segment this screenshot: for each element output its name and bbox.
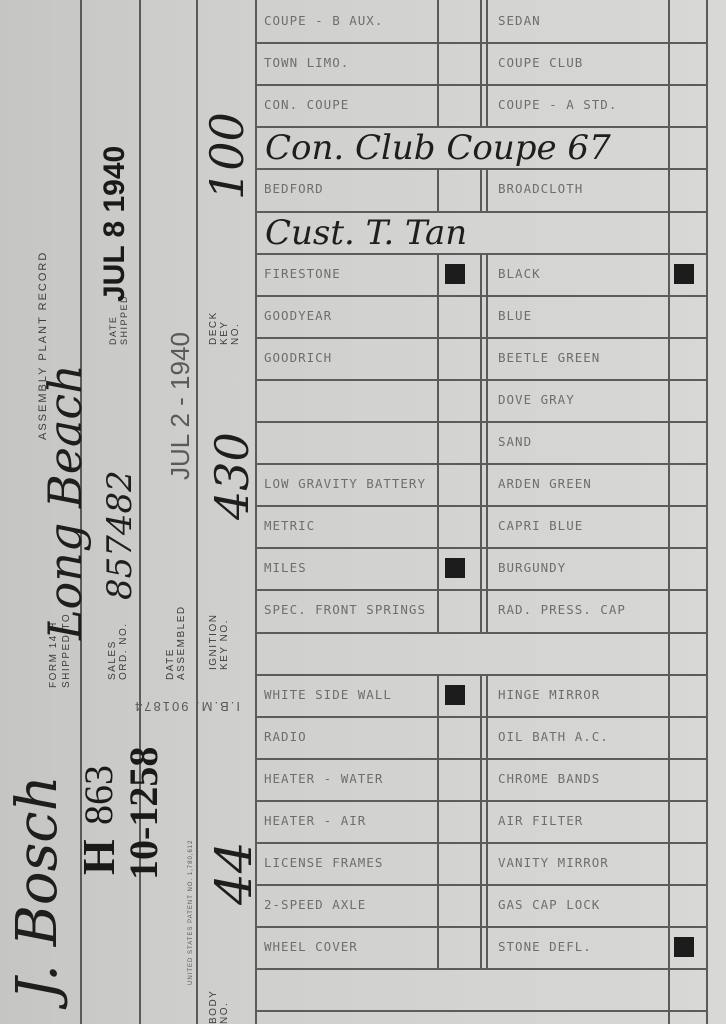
option-right-label: COUPE CLUB: [498, 55, 583, 70]
table-rule: [486, 337, 488, 379]
table-rule: [486, 589, 488, 632]
option-right-label: SAND: [498, 434, 532, 449]
table-rule: [437, 842, 439, 884]
serial-bottom: 10-1258: [120, 747, 167, 880]
table-rule: [437, 168, 439, 211]
ignition-key-value: 430: [205, 432, 259, 520]
handwritten-entry: Con. Club Coupe 67: [265, 126, 611, 170]
option-right-label: COUPE - A STD.: [498, 97, 617, 112]
table-rule: [480, 842, 482, 884]
table-rule: [480, 926, 482, 968]
option-right-label: BLUE: [498, 308, 532, 323]
table-rule: [486, 926, 488, 968]
option-right-label: VANITY MIRROR: [498, 855, 609, 870]
table-rule: [486, 800, 488, 842]
table-rule: [256, 632, 706, 634]
option-left-label: RADIO: [264, 729, 307, 744]
option-right-label: AIR FILTER: [498, 813, 583, 828]
table-rule: [480, 168, 482, 211]
table-rule: [256, 968, 706, 970]
option-right-label: SEDAN: [498, 13, 541, 28]
serial-top: 863: [75, 765, 122, 825]
table-rule: [486, 842, 488, 884]
option-left-label: COUPE - B AUX.: [264, 13, 383, 28]
table-rule: [706, 0, 708, 1024]
option-left-label: HEATER - AIR: [264, 813, 366, 828]
table-rule: [480, 253, 482, 295]
table-rule: [480, 84, 482, 126]
date-shipped-value: JUL 8 1940: [98, 146, 132, 302]
option-right-label: BROADCLOTH: [498, 181, 583, 196]
table-rule: [437, 758, 439, 800]
option-left-label: FIRESTONE: [264, 266, 341, 281]
option-right-label: OIL BATH A.C.: [498, 729, 609, 744]
table-rule: [480, 589, 482, 632]
table-rule: [480, 463, 482, 505]
patent-note: UNITED STATES PATENT NO. 1,780,612: [186, 840, 197, 985]
table-rule: [480, 42, 482, 84]
option-right-label: HINGE MIRROR: [498, 687, 600, 702]
table-rule: [480, 674, 482, 716]
table-rule: [486, 253, 488, 295]
table-rule: [480, 295, 482, 337]
table-rule: [486, 295, 488, 337]
option-left-label: LICENSE FRAMES: [264, 855, 383, 870]
option-left-label: METRIC: [264, 518, 315, 533]
table-rule: [668, 0, 670, 1024]
table-rule: [437, 84, 439, 126]
option-right-label: ARDEN GREEN: [498, 476, 592, 491]
date-assembled-value: JUL 2 - 1940: [165, 332, 196, 480]
sales-ord-label: SALES ORD. NO.: [107, 620, 129, 680]
table-rule: [437, 295, 439, 337]
option-left-checkbox-marked[interactable]: [445, 264, 465, 284]
table-rule: [437, 421, 439, 463]
option-right-label: STONE DEFL.: [498, 939, 592, 954]
option-right-label: CAPRI BLUE: [498, 518, 583, 533]
table-rule: [437, 547, 439, 589]
table-rule: [480, 547, 482, 589]
table-rule: [486, 758, 488, 800]
printer-code: I.B.M. 901874: [133, 701, 240, 712]
option-right-label: CHROME BANDS: [498, 771, 600, 786]
deck-key-label: DECK KEY NO.: [208, 295, 241, 345]
table-rule: [486, 884, 488, 926]
table-rule: [480, 337, 482, 379]
handwritten-entry: Cust. T. Tan: [265, 211, 467, 255]
table-rule: [437, 589, 439, 632]
table-rule: [437, 926, 439, 968]
body-no-value: 44: [205, 841, 263, 905]
table-rule: [437, 463, 439, 505]
table-rule: [486, 505, 488, 547]
option-left-label: LOW GRAVITY BATTERY: [264, 476, 426, 491]
table-rule: [486, 716, 488, 758]
option-left-label: SPEC. FRONT SPRINGS: [264, 602, 426, 617]
assembly-plant-record-card: ASSEMBLY PLANT RECORD FORM 14 H SHIPPED …: [0, 0, 726, 1024]
option-left-label: TOWN LIMO.: [264, 55, 349, 70]
option-right-label: DOVE GRAY: [498, 392, 575, 407]
ignition-key-label: IGNITION KEY NO.: [208, 600, 230, 670]
table-rule: [486, 0, 488, 42]
table-rule: [437, 674, 439, 716]
table-rule: [480, 379, 482, 421]
table-rule: [486, 168, 488, 211]
body-no-label: BODY NO.: [208, 984, 230, 1024]
table-rule: [486, 42, 488, 84]
table-rule: [437, 42, 439, 84]
table-rule: [437, 800, 439, 842]
table-rule: [486, 379, 488, 421]
table-rule: [480, 758, 482, 800]
option-left-label: 2-SPEED AXLE: [264, 897, 366, 912]
option-left-label: BEDFORD: [264, 181, 324, 196]
table-rule: [480, 0, 482, 42]
date-assembled-label: DATE ASSEMBLED: [165, 600, 187, 680]
sales-ord-value: 857482: [100, 470, 140, 600]
option-right-label: BEETLE GREEN: [498, 350, 600, 365]
serial-prefix: H: [72, 839, 125, 875]
table-rule: [480, 800, 482, 842]
table-rule: [437, 716, 439, 758]
table-rule: [437, 379, 439, 421]
table-rule: [480, 505, 482, 547]
table-rule: [480, 421, 482, 463]
table-rule: [256, 1010, 706, 1012]
table-rule: [437, 884, 439, 926]
table-rule: [486, 674, 488, 716]
table-rule: [437, 253, 439, 295]
option-right-checkbox-marked[interactable]: [674, 937, 694, 957]
option-left-label: MILES: [264, 560, 307, 575]
table-rule: [437, 0, 439, 42]
option-right-checkbox-marked[interactable]: [674, 264, 694, 284]
option-right-label: RAD. PRESS. CAP: [498, 602, 626, 617]
option-left-label: WHITE SIDE WALL: [264, 687, 392, 702]
table-rule: [486, 463, 488, 505]
table-rule: [480, 716, 482, 758]
shipped-to-value: Long Beach: [38, 364, 92, 640]
table-rule: [486, 84, 488, 126]
deck-key-value: 100: [200, 112, 254, 200]
option-left-label: CON. COUPE: [264, 97, 349, 112]
table-rule: [480, 884, 482, 926]
table-rule: [437, 505, 439, 547]
option-left-label: GOODRICH: [264, 350, 332, 365]
table-rule: [486, 547, 488, 589]
option-left-label: HEATER - WATER: [264, 771, 383, 786]
option-left-checkbox-marked[interactable]: [445, 685, 465, 705]
option-left-checkbox-marked[interactable]: [445, 558, 465, 578]
inspector-signature: J. Bosch: [5, 775, 70, 1000]
table-rule: [486, 421, 488, 463]
option-right-label: BLACK: [498, 266, 541, 281]
option-right-label: BURGUNDY: [498, 560, 566, 575]
option-right-label: GAS CAP LOCK: [498, 897, 600, 912]
option-left-label: GOODYEAR: [264, 308, 332, 323]
date-shipped-label: DATE SHIPPED: [108, 305, 130, 345]
table-rule: [437, 337, 439, 379]
option-left-label: WHEEL COVER: [264, 939, 358, 954]
